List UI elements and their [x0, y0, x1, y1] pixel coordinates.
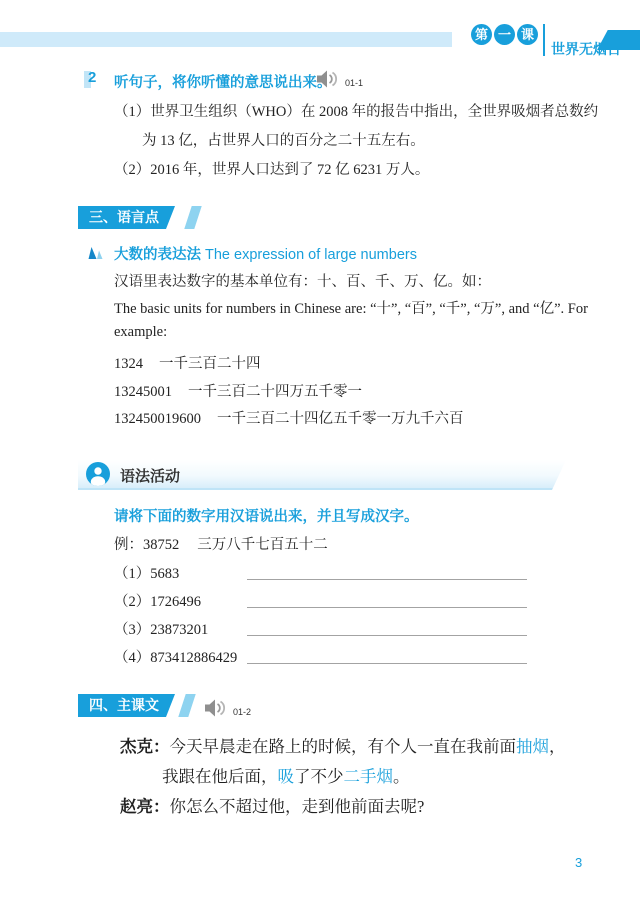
topic-triangle-icon: [88, 247, 103, 259]
audio-control-2[interactable]: 01-2: [204, 698, 251, 718]
dialogue-text: ，: [549, 737, 566, 756]
item-label: （2）: [114, 594, 150, 610]
item-number: 23873201: [150, 622, 208, 638]
example-hanzi: 一千三百二十四: [159, 356, 261, 372]
number-example-row: 13245001一千三百二十四万五千零一: [114, 380, 362, 401]
grammar-item-row: （2）1726496: [114, 590, 544, 611]
vocab-highlight: 抽烟: [516, 737, 549, 756]
dialogue-text: 了不少: [294, 767, 344, 786]
example-number: 13245001: [114, 384, 172, 400]
dialogue-text: 。: [393, 767, 410, 786]
worked-example-number: 38752: [143, 537, 179, 553]
speaker-name: 杰克：: [120, 737, 170, 756]
item-number: 5683: [150, 566, 179, 582]
grammar-item-row: （3）23873201: [114, 618, 544, 639]
answer-blank[interactable]: [247, 635, 527, 636]
listening-item-1-line-1: （1）世界卫生组织（WHO）在 2008 年的报告中指出，全世界吸烟者总数约: [114, 100, 598, 121]
answer-blank[interactable]: [247, 663, 527, 664]
banner-tail-shape: [184, 206, 201, 229]
item-label: （3）: [114, 622, 150, 638]
dialogue-line: 我跟在他后面，吸了不少二手烟。: [162, 763, 410, 787]
number-example-row: 1324一千三百二十四: [114, 352, 261, 373]
audio-track-label: 01-2: [233, 707, 251, 718]
answer-blank[interactable]: [247, 579, 527, 580]
activity-instruction: 请将下面的数字用汉语说出来，并且写成汉字。: [114, 505, 419, 526]
example-number: 1324: [114, 356, 143, 372]
page-number: 3: [575, 855, 582, 870]
section-banner-language-points: 三、语言点: [78, 206, 175, 229]
speaker-icon[interactable]: [204, 698, 228, 718]
number-example-row: 132450019600一千三百二十四亿五千零一万九千六百: [114, 407, 464, 428]
lesson-badge-char: 课: [517, 24, 538, 45]
worked-example-hanzi: 三万八千七百五十二: [197, 537, 328, 553]
textbook-page: 第 一 课 世界无烟日 2 听句子，将你听懂的意思说出来。 01-1 （1）世界…: [0, 0, 640, 901]
exercise2-instruction: 听句子，将你听懂的意思说出来。: [114, 71, 332, 92]
dialogue-text: 你怎么不超过他，走到他前面去呢?: [170, 797, 425, 816]
item-label: （4）: [114, 650, 150, 666]
grammar-item-row: （1）5683: [114, 562, 544, 583]
speaker-name: 赵亮：: [120, 797, 170, 816]
header-band: [0, 32, 452, 47]
activity-title: 语法活动: [120, 465, 180, 486]
item-label: （1）: [114, 566, 150, 582]
person-icon: [86, 462, 110, 486]
topic-heading: 大数的表达法 The expression of large numbers: [114, 243, 417, 264]
example-hanzi: 一千三百二十四万五千零一: [188, 384, 362, 400]
topic-heading-en: The expression of large numbers: [205, 247, 417, 263]
speaker-icon[interactable]: [316, 69, 340, 89]
dialogue-text: 我跟在他后面，: [162, 767, 278, 786]
worked-example-label: 例：: [114, 537, 143, 553]
example-number: 132450019600: [114, 411, 201, 427]
intro-en-line-2: example:: [114, 324, 167, 341]
exercise-number: 2: [88, 69, 96, 86]
grammar-item-row: （4）873412886429: [114, 646, 544, 667]
example-hanzi: 一千三百二十四亿五千零一万九千六百: [217, 411, 464, 427]
dialogue-text: 今天早晨走在路上的时候，有个人一直在我前面: [170, 737, 517, 756]
intro-en-line-1: The basic units for numbers in Chinese a…: [114, 297, 588, 318]
header-divider: [543, 24, 545, 56]
banner-tail-shape: [178, 694, 195, 717]
header-flag-shape: [597, 30, 640, 50]
dialogue-line: 杰克：今天早晨走在路上的时候，有个人一直在我前面抽烟，: [120, 733, 566, 757]
topic-heading-cn: 大数的表达法: [114, 247, 201, 263]
item-number: 1726496: [150, 594, 201, 610]
audio-control-1[interactable]: 01-1: [316, 69, 363, 89]
item-number: 873412886429: [150, 650, 237, 666]
vocab-highlight: 吸: [278, 767, 295, 786]
dialogue-line: 赵亮：你怎么不超过他，走到他前面去呢?: [120, 793, 424, 817]
section-banner-main-text: 四、主课文: [78, 694, 175, 717]
vocab-highlight: 二手烟: [344, 767, 394, 786]
worked-example-row: 例：38752三万八千七百五十二: [114, 533, 328, 554]
audio-track-label: 01-1: [345, 78, 363, 89]
listening-item-2: （2）2016 年，世界人口达到了 72 亿 6231 万人。: [114, 158, 429, 179]
lesson-badge-char: 第: [471, 24, 492, 45]
lesson-badge-char: 一: [494, 24, 515, 45]
intro-cn: 汉语里表达数字的基本单位有：十、百、千、万、亿。如：: [114, 270, 491, 291]
lesson-badge: 第 一 课: [471, 24, 538, 45]
listening-item-1-line-2: 为 13 亿，占世界人口的百分之二十五左右。: [142, 129, 425, 150]
answer-blank[interactable]: [247, 607, 527, 608]
